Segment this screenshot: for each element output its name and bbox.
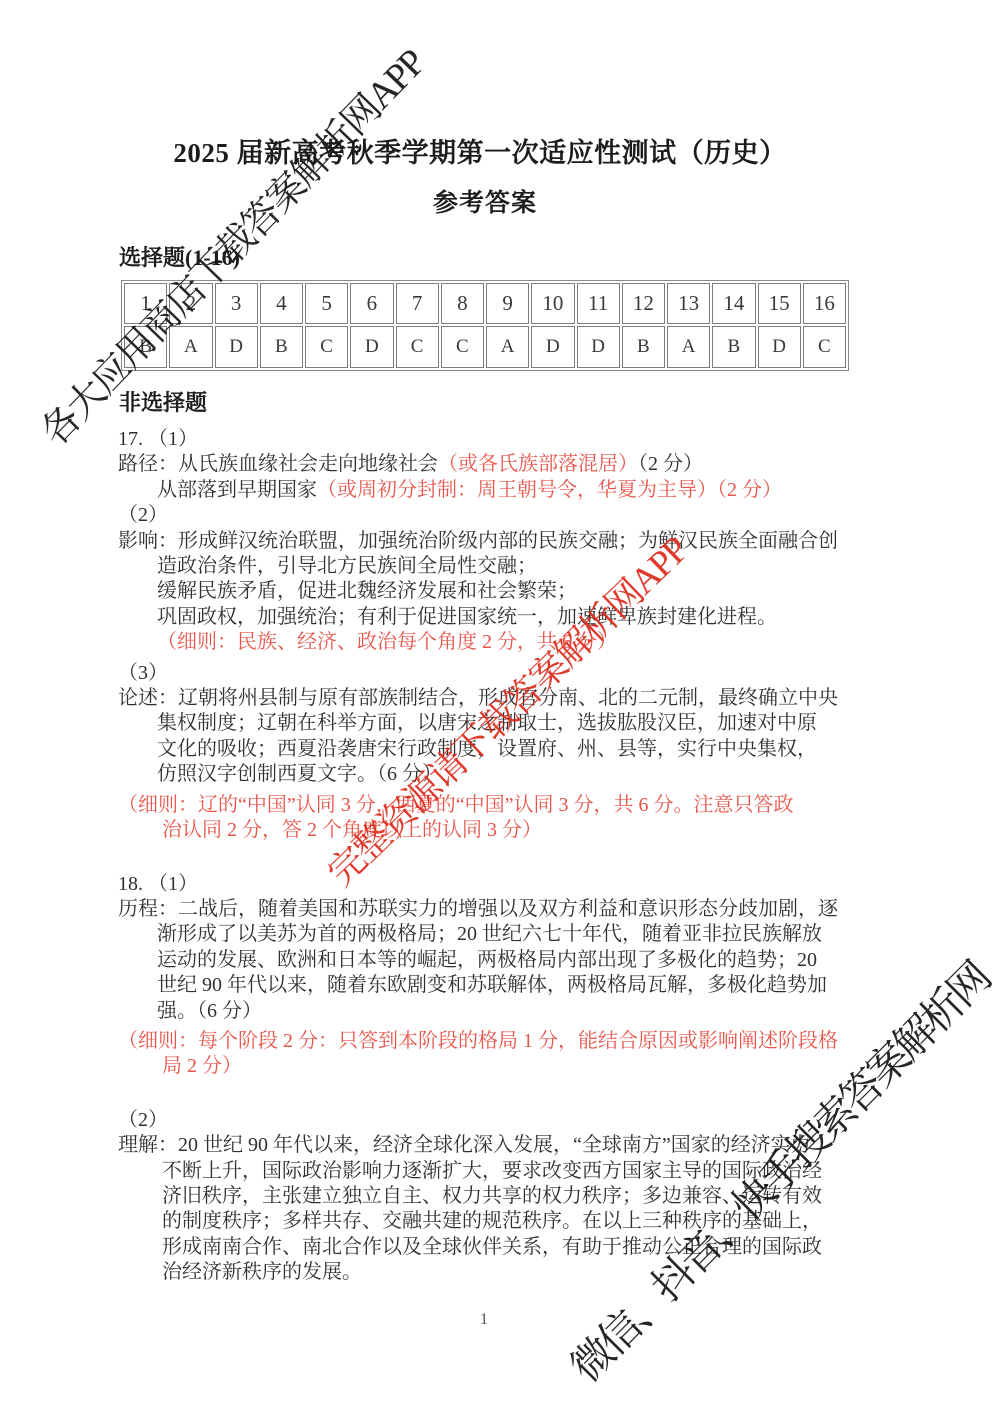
page-title: 2025 届新高考秋季学期第一次适应性测试（历史） bbox=[0, 131, 960, 170]
answer-cell: D bbox=[215, 326, 258, 368]
answer-line: 18. （1） bbox=[118, 872, 878, 897]
choice-section-heading: 选择题(1-16) bbox=[119, 241, 240, 272]
answer-line: 17. （1） bbox=[118, 427, 878, 452]
answer-text: 的制度秩序；多样共存、交融共建的规范秩序。在以上三种秩序的基础上， bbox=[162, 1210, 822, 1232]
answer-line: 巩固政权，加强统治；有利于促进国家统一，加速鲜卑族封建化进程。 bbox=[118, 605, 878, 630]
question-number-cell: 16 bbox=[803, 283, 846, 324]
answer-line: 济旧秩序，主张建立独立自主、权力共享的权力秩序；多边兼容、运转有效 bbox=[118, 1184, 878, 1209]
grading-note-text: （细则：每个阶段 2 分：只答到本阶段的格局 1 分，能结合原因或影响阐述阶段格 bbox=[118, 1030, 838, 1052]
answer-line: （细则：每个阶段 2 分：只答到本阶段的格局 1 分，能结合原因或影响阐述阶段格 bbox=[118, 1029, 878, 1054]
answer-cell: A bbox=[667, 326, 710, 368]
answer-line: 缓解民族矛盾，促进北魏经济发展和社会繁荣； bbox=[118, 579, 878, 604]
answer-text: 文化的吸收；西夏沿袭唐宋行政制度，设置府、州、县等，实行中央集权， bbox=[157, 738, 817, 760]
question-number-cell: 12 bbox=[622, 283, 665, 324]
answer-cell: B bbox=[712, 326, 755, 368]
answer-line: 不断上升，国际政治影响力逐渐扩大，要求改变西方国家主导的国际政治经 bbox=[118, 1159, 878, 1184]
answer-cell: C bbox=[441, 326, 484, 368]
answer-line: 运动的发展、欧洲和日本等的崛起，两极格局内部出现了多极化的趋势；20 bbox=[118, 948, 878, 973]
answer-text: （3） bbox=[118, 662, 168, 684]
answer-text: （2 分） bbox=[638, 453, 703, 475]
answer-line: 影响：形成鲜汉统治联盟，加强统治阶级内部的民族交融；为鲜汉民族全面融合创 bbox=[118, 529, 878, 554]
answer-cell: C bbox=[396, 326, 439, 368]
question-number-cell: 8 bbox=[441, 283, 484, 324]
answer-text: 运动的发展、欧洲和日本等的崛起，两极格局内部出现了多极化的趋势；20 bbox=[157, 949, 817, 971]
answer-text: 世纪 90 年代以来，随着东欧剧变和苏联解体，两极格局瓦解，多极化趋势加 bbox=[157, 974, 827, 996]
answer-text: 巩固政权，加强统治；有利于促进国家统一，加速鲜卑族封建化进程。 bbox=[157, 606, 777, 628]
answer-line: 文化的吸收；西夏沿袭唐宋行政制度，设置府、州、县等，实行中央集权， bbox=[118, 737, 878, 762]
answer-cell: D bbox=[531, 326, 574, 368]
answer-line: （细则：辽的“中国”认同 3 分，西夏的“中国”认同 3 分，共 6 分。注意只… bbox=[118, 793, 878, 818]
grading-note-text: （细则：辽的“中国”认同 3 分，西夏的“中国”认同 3 分，共 6 分。注意只… bbox=[118, 794, 794, 816]
answer-line: 理解：20 世纪 90 年代以来，经济全球化深入发展，“全球南方”国家的经济实力 bbox=[118, 1133, 878, 1158]
answer-line: （2） bbox=[118, 503, 878, 528]
answer-text: 造政治条件，引导北方民族间全局性交融； bbox=[157, 555, 537, 577]
answer-line: 论述：辽朝将州县制与原有部族制结合，形成官分南、北的二元制，最终确立中央 bbox=[118, 686, 878, 711]
answer-table-answer-row: BADBCDCCADDBABDC bbox=[124, 326, 846, 368]
answer-line: 治经济新秩序的发展。 bbox=[118, 1260, 878, 1285]
question-number-cell: 15 bbox=[758, 283, 801, 324]
answer-line: 的制度秩序；多样共存、交融共建的规范秩序。在以上三种秩序的基础上， bbox=[118, 1209, 878, 1234]
answer-text: 17. （1） bbox=[118, 428, 198, 450]
answer-cell: B bbox=[260, 326, 303, 368]
answer-text: （2） bbox=[118, 504, 168, 526]
question-number-cell: 5 bbox=[305, 283, 348, 324]
answer-line: 强。（6 分） bbox=[118, 999, 878, 1024]
answer-lines: 17. （1）路径：从氏族血缘社会走向地缘社会（或各氏族部落混居）（2 分）从部… bbox=[118, 427, 878, 1286]
question-number-cell: 2 bbox=[169, 283, 212, 324]
question-number-cell: 7 bbox=[396, 283, 439, 324]
answer-cell: D bbox=[577, 326, 620, 368]
grading-note-text: （或各氏族部落混居） bbox=[438, 453, 638, 475]
answer-text: 不断上升，国际政治影响力逐渐扩大，要求改变西方国家主导的国际政治经 bbox=[162, 1160, 822, 1182]
question-number-cell: 3 bbox=[215, 283, 258, 324]
answer-text: 形成南南合作、南北合作以及全球伙伴关系，有助于推动公正合理的国际政 bbox=[162, 1236, 822, 1258]
answer-cell: A bbox=[486, 326, 529, 368]
answer-line: 路径：从氏族血缘社会走向地缘社会（或各氏族部落混居）（2 分） bbox=[118, 452, 878, 477]
page-number: 1 bbox=[480, 1311, 488, 1329]
answer-text: 集权制度；辽朝在科举方面，以唐宋之制取士，选拔肱股汉臣，加速对中原 bbox=[157, 712, 817, 734]
answer-table: 12345678910111213141516 BADBCDCCADDBABDC bbox=[121, 280, 849, 371]
answer-text: 仿照汉字创制西夏文字。（6 分） bbox=[157, 763, 442, 785]
answer-line: 仿照汉字创制西夏文字。（6 分） bbox=[118, 762, 878, 787]
answer-line: （2） bbox=[118, 1108, 878, 1133]
question-number-cell: 10 bbox=[531, 283, 574, 324]
answer-text: 缓解民族矛盾，促进北魏经济发展和社会繁荣； bbox=[157, 580, 577, 602]
answer-cell: B bbox=[124, 326, 167, 368]
answer-line: 集权制度；辽朝在科举方面，以唐宋之制取士，选拔肱股汉臣，加速对中原 bbox=[118, 711, 878, 736]
answer-line: （3） bbox=[118, 661, 878, 686]
grading-note-text: （细则：民族、经济、政治每个角度 2 分，共 6 分） bbox=[157, 631, 617, 653]
question-number-cell: 13 bbox=[667, 283, 710, 324]
answer-line: 历程：二战后，随着美国和苏联实力的增强以及双方利益和意识形态分歧加剧，逐 bbox=[118, 897, 878, 922]
grading-note-text: 治认同 2 分，答 2 个角度以上的认同 3 分） bbox=[162, 819, 542, 841]
answer-cell: B bbox=[622, 326, 665, 368]
answer-line: 治认同 2 分，答 2 个角度以上的认同 3 分） bbox=[118, 818, 878, 843]
answer-cell: D bbox=[350, 326, 393, 368]
question-number-cell: 1 bbox=[124, 283, 167, 324]
answer-cell: A bbox=[169, 326, 212, 368]
answer-text: 治经济新秩序的发展。 bbox=[162, 1261, 362, 1283]
answer-text: 从部落到早期国家 bbox=[157, 479, 317, 501]
answer-text: 渐形成了以美苏为首的两极格局；20 世纪六七十年代，随着亚非拉民族解放 bbox=[157, 923, 822, 945]
answer-line: 造政治条件，引导北方民族间全局性交融； bbox=[118, 554, 878, 579]
question-number-cell: 4 bbox=[260, 283, 303, 324]
answer-text: 路径：从氏族血缘社会走向地缘社会 bbox=[118, 453, 438, 475]
answer-line: 局 2 分） bbox=[118, 1054, 878, 1079]
answer-text: 强。（6 分） bbox=[157, 1000, 262, 1022]
answer-line: 渐形成了以美苏为首的两极格局；20 世纪六七十年代，随着亚非拉民族解放 bbox=[118, 922, 878, 947]
answer-line: 世纪 90 年代以来，随着东欧剧变和苏联解体，两极格局瓦解，多极化趋势加 bbox=[118, 973, 878, 998]
answer-text: （2） bbox=[118, 1109, 168, 1131]
grading-note-text: （或周初分封制：周王朝号令，华夏为主导）（2 分） bbox=[317, 479, 782, 501]
page-subtitle: 参考答案 bbox=[0, 183, 970, 219]
answer-cell: D bbox=[758, 326, 801, 368]
nonchoice-section-heading: 非选择题 bbox=[119, 386, 207, 417]
answer-cell: C bbox=[305, 326, 348, 368]
answer-text: 影响：形成鲜汉统治联盟，加强统治阶级内部的民族交融；为鲜汉民族全面融合创 bbox=[118, 530, 838, 552]
answer-text: 18. （1） bbox=[118, 873, 198, 895]
answer-text: 理解：20 世纪 90 年代以来，经济全球化深入发展，“全球南方”国家的经济实力 bbox=[118, 1134, 811, 1156]
answer-line: 形成南南合作、南北合作以及全球伙伴关系，有助于推动公正合理的国际政 bbox=[118, 1235, 878, 1260]
answer-text: 历程：二战后，随着美国和苏联实力的增强以及双方利益和意识形态分歧加剧，逐 bbox=[118, 898, 838, 920]
answer-text: 济旧秩序，主张建立独立自主、权力共享的权力秩序；多边兼容、运转有效 bbox=[162, 1185, 822, 1207]
answer-text: 论述：辽朝将州县制与原有部族制结合，形成官分南、北的二元制，最终确立中央 bbox=[118, 687, 838, 709]
answer-cell: C bbox=[803, 326, 846, 368]
answer-table-number-row: 12345678910111213141516 bbox=[124, 283, 846, 324]
question-number-cell: 9 bbox=[486, 283, 529, 324]
question-number-cell: 11 bbox=[577, 283, 620, 324]
question-number-cell: 14 bbox=[712, 283, 755, 324]
answer-line: 从部落到早期国家（或周初分封制：周王朝号令，华夏为主导）（2 分） bbox=[118, 478, 878, 503]
question-number-cell: 6 bbox=[350, 283, 393, 324]
answer-line: （细则：民族、经济、政治每个角度 2 分，共 6 分） bbox=[118, 630, 878, 655]
grading-note-text: 局 2 分） bbox=[162, 1055, 242, 1077]
document-page: 2025 届新高考秋季学期第一次适应性测试（历史） 参考答案 选择题(1-16)… bbox=[0, 0, 1000, 1415]
